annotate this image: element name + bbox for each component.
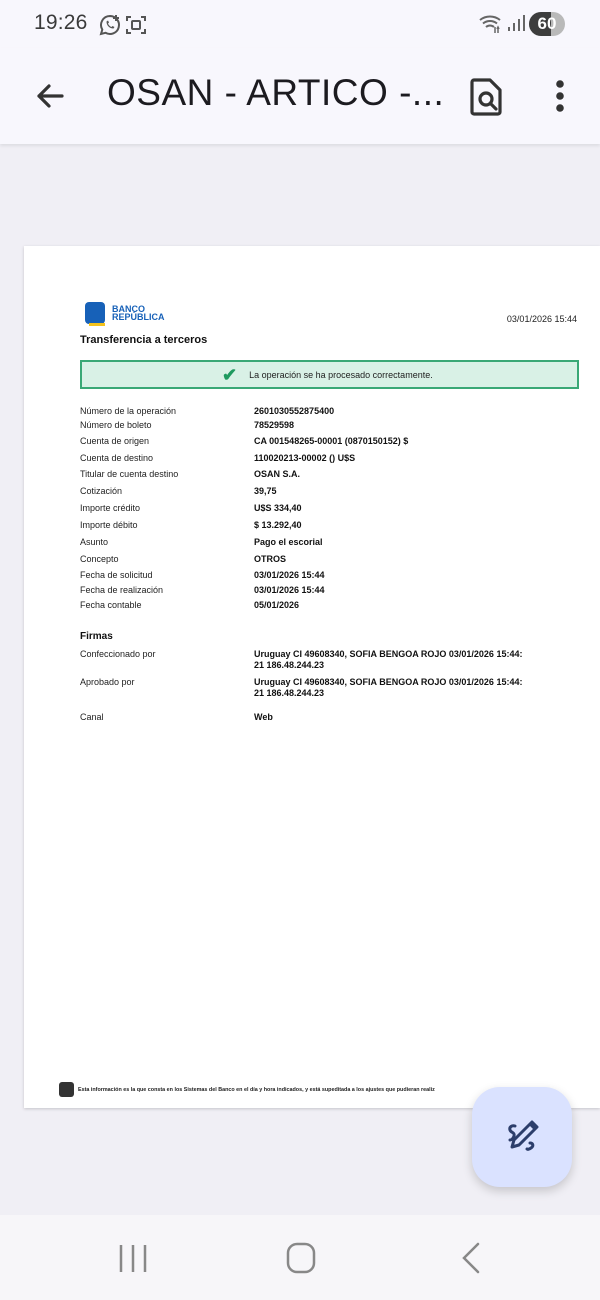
document-date: 03/01/2026 15:44: [507, 314, 577, 324]
battery-level: 60: [529, 12, 565, 36]
bank-name-line2: REPÚBLICA: [112, 313, 165, 321]
home-icon[interactable]: [281, 1240, 321, 1276]
detail-label: Concepto: [80, 554, 254, 565]
detail-row: Fecha de solicitud03/01/2026 15:44: [80, 570, 325, 581]
detail-label: Número de la operación: [80, 406, 254, 417]
detail-label: Fecha contable: [80, 600, 254, 611]
battery-indicator: 60: [529, 12, 565, 36]
signature-value: Uruguay CI 49608340, SOFIA BENGOA ROJO 0…: [254, 649, 522, 671]
screenshot-icon: [124, 13, 148, 37]
detail-row: Fecha de realización03/01/2026 15:44: [80, 585, 325, 596]
recent-apps-icon[interactable]: [113, 1240, 153, 1276]
detail-value: Pago el escorial: [254, 537, 323, 548]
system-nav-bar: [0, 1215, 600, 1300]
detail-value: CA 001548265-00001 (0870150152) $: [254, 436, 408, 447]
signal-icon: [507, 13, 525, 33]
detail-row: Importe débito$ 13.292,40: [80, 520, 302, 531]
detail-label: Número de boleto: [80, 420, 254, 431]
canal-value: Web: [254, 712, 273, 723]
transfer-title: Transferencia a terceros: [80, 334, 207, 346]
document-title: OSAN - ARTICO -...: [107, 72, 444, 114]
detail-value: 39,75: [254, 486, 277, 497]
detail-value: OSAN S.A.: [254, 469, 300, 480]
detail-row: AsuntoPago el escorial: [80, 537, 323, 548]
status-bar: 19:26 60: [0, 0, 600, 48]
detail-label: Cotización: [80, 486, 254, 497]
footer-text: Esta información es la que consta en los…: [78, 1087, 435, 1093]
detail-label: Importe crédito: [80, 503, 254, 514]
arrow-left-icon[interactable]: [30, 76, 70, 116]
detail-value: U$S 334,40: [254, 503, 302, 514]
detail-row: Número de la operación2601030552875400: [80, 406, 334, 417]
status-time: 19:26: [34, 11, 88, 35]
canal-label: Canal: [80, 712, 254, 723]
detail-row: Titular de cuenta destinoOSAN S.A.: [80, 469, 300, 480]
detail-label: Fecha de realización: [80, 585, 254, 596]
detail-row: Cotización39,75: [80, 486, 277, 497]
bank-logo: BANCO REPÚBLICA: [85, 302, 165, 324]
bank-logo-icon: [85, 302, 105, 324]
detail-value: OTROS: [254, 554, 286, 565]
pdf-page: BANCO REPÚBLICA 03/01/2026 15:44 Transfe…: [24, 246, 600, 1108]
signature-row: Confeccionado porUruguay CI 49608340, SO…: [80, 649, 522, 671]
detail-row: Número de boleto78529598: [80, 420, 294, 431]
success-message: La operación se ha procesado correctamen…: [249, 370, 433, 380]
check-icon: ✔: [222, 367, 237, 383]
detail-label: Cuenta de origen: [80, 436, 254, 447]
detail-label: Fecha de solicitud: [80, 570, 254, 581]
detail-value: 2601030552875400: [254, 406, 334, 417]
more-vert-icon[interactable]: [545, 74, 575, 118]
signature-row: Aprobado porUruguay CI 49608340, SOFIA B…: [80, 677, 522, 699]
app-bar: OSAN - ARTICO -...: [0, 48, 600, 144]
whatsapp-icon: [98, 13, 122, 37]
detail-row: ConceptoOTROS: [80, 554, 286, 565]
detail-value: 05/01/2026: [254, 600, 299, 611]
success-banner: ✔ La operación se ha procesado correctam…: [80, 360, 579, 389]
detail-label: Cuenta de destino: [80, 453, 254, 464]
annotate-button[interactable]: [472, 1087, 572, 1187]
firmas-heading: Firmas: [80, 631, 113, 642]
detail-row: Fecha contable05/01/2026: [80, 600, 299, 611]
detail-label: Asunto: [80, 537, 254, 548]
detail-value: 03/01/2026 15:44: [254, 570, 325, 581]
canal-row: CanalWeb: [80, 712, 273, 723]
detail-value: 03/01/2026 15:44: [254, 585, 325, 596]
signature-label: Confeccionado por: [80, 649, 254, 671]
footer-disclaimer: Esta información es la que consta en los…: [59, 1082, 509, 1097]
detail-row: Cuenta de origenCA 001548265-00001 (0870…: [80, 436, 408, 447]
detail-row: Cuenta de destino110020213-00002 () U$S: [80, 453, 355, 464]
detail-value: 110020213-00002 () U$S: [254, 453, 355, 464]
detail-value: 78529598: [254, 420, 294, 431]
wifi-icon: [478, 13, 504, 35]
back-icon[interactable]: [450, 1240, 490, 1276]
bank-footer-icon: [59, 1082, 74, 1097]
signature-label: Aprobado por: [80, 677, 254, 699]
draw-pen-icon: [502, 1117, 542, 1157]
signature-value: Uruguay CI 49608340, SOFIA BENGOA ROJO 0…: [254, 677, 522, 699]
detail-row: Importe créditoU$S 334,40: [80, 503, 302, 514]
search-document-icon[interactable]: [466, 74, 506, 118]
detail-value: $ 13.292,40: [254, 520, 302, 531]
detail-label: Titular de cuenta destino: [80, 469, 254, 480]
detail-label: Importe débito: [80, 520, 254, 531]
